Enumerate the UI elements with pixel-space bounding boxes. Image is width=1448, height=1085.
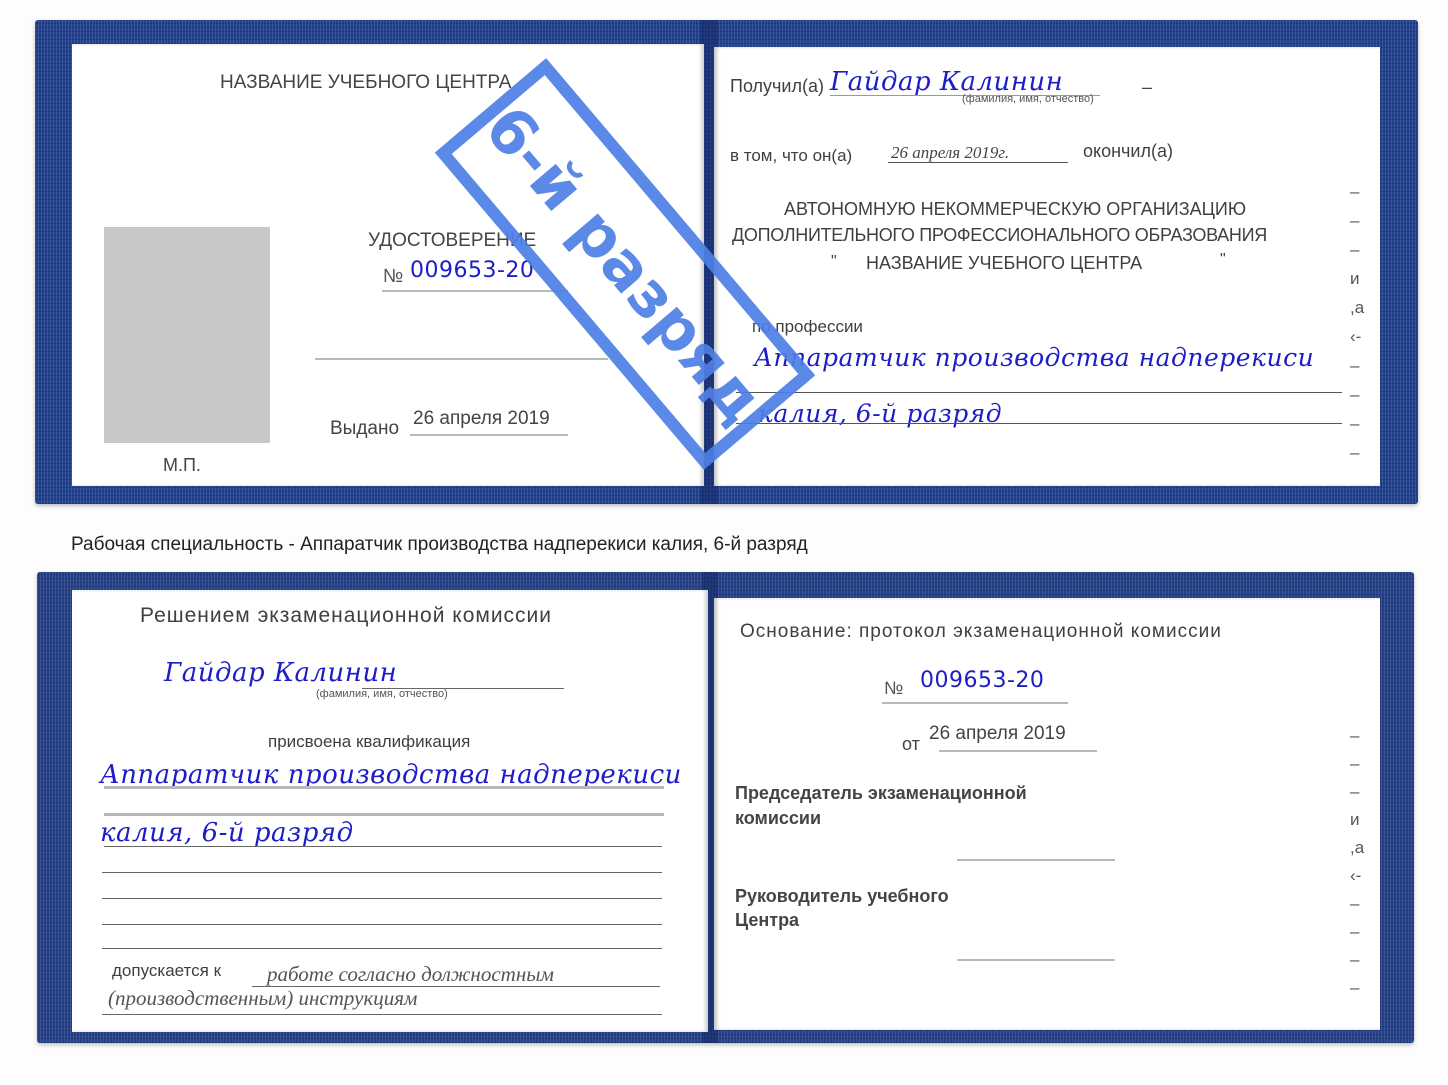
org-quote-close: " (1220, 251, 1226, 269)
issued-date: 26 апреля 2019 (413, 408, 550, 430)
edge-mark: – (1350, 443, 1359, 463)
admitted-line-1: работе согласно должностным (267, 962, 554, 987)
number-underline (382, 290, 568, 292)
signature-line (315, 358, 608, 360)
head-line-2: Центра (735, 910, 799, 931)
edge-mark: ,а (1350, 298, 1364, 318)
protocol-number: 009653-20 (920, 668, 1044, 693)
ruled-line-4 (102, 924, 662, 925)
qualification-underline-1 (104, 786, 664, 789)
org-quote-open: " (831, 253, 837, 271)
ruled-line-2 (102, 872, 662, 873)
holder-name: Гайдар Калинин (164, 658, 397, 688)
from-label: от (902, 734, 920, 755)
holder-name-hint: (фамилия, имя, отчество) (316, 688, 448, 700)
qualification-label: присвоена квалификация (268, 732, 470, 752)
dash-mark: – (1142, 77, 1152, 98)
basis-text: Основание: протокол экзаменационной коми… (740, 621, 1222, 643)
seal-label: М.П. (163, 455, 201, 476)
edge-mark: ,а (1350, 838, 1364, 858)
bottom-left-page: Решением экзаменационной комиссии Гайдар… (72, 590, 708, 1032)
certificate-number: 009653-20 (410, 258, 534, 283)
protocol-date-underline (939, 750, 1097, 752)
head-line-1: Руководитель учебного (735, 886, 949, 907)
protocol-number-sign: № (884, 678, 903, 699)
received-label: Получил(а) (730, 76, 824, 97)
qualification-underline-2 (104, 813, 664, 816)
edge-mark: – (1350, 922, 1359, 942)
ruled-line-1 (104, 846, 662, 847)
profession-line-1: Аппаратчик производства надперекиси (754, 343, 1314, 372)
issued-label: Выдано (330, 418, 399, 440)
top-right-page: Получил(а) Гайдар Калинин (фамилия, имя,… (714, 47, 1380, 486)
finish-date: 26 апреля 2019г. (891, 143, 1009, 163)
admitted-line-2: (производственным) инструкциям (108, 986, 417, 1011)
edge-mark: – (1350, 356, 1359, 376)
org-line-1: АВТОНОМНУЮ НЕКОММЕРЧЕСКУЮ ОРГАНИЗАЦИЮ (784, 199, 1246, 220)
bottom-right-page: Основание: протокол экзаменационной коми… (714, 598, 1380, 1030)
ruled-line-3 (102, 898, 662, 899)
training-center-name: НАЗВАНИЕ УЧЕБНОГО ЦЕНТРА (220, 72, 512, 94)
that-label: в том, что он(а) (730, 146, 852, 166)
admitted-label: допускается к (112, 961, 221, 981)
edge-mark: и (1350, 810, 1360, 830)
edge-mark: и (1350, 269, 1360, 289)
edge-mark: ‹- (1350, 327, 1361, 347)
head-signature-line (957, 959, 1115, 961)
edge-mark: – (1350, 978, 1359, 998)
edge-mark: – (1350, 726, 1359, 746)
commission-heading: Решением экзаменационной комиссии (140, 604, 552, 628)
edge-mark: ‹- (1350, 866, 1361, 886)
number-sign: № (383, 266, 403, 288)
chairman-line-1: Председатель экзаменационной (735, 783, 1027, 804)
org-line-2: ДОПОЛНИТЕЛЬНОГО ПРОФЕССИОНАЛЬНОГО ОБРАЗО… (732, 225, 1267, 246)
admitted-underline-2 (102, 1014, 662, 1015)
finished-label: окончил(а) (1083, 141, 1173, 162)
name-hint: (фамилия, имя, отчество) (962, 93, 1094, 105)
ruled-line-5 (102, 948, 662, 949)
edge-mark: – (1350, 414, 1359, 434)
org-line-3: НАЗВАНИЕ УЧЕБНОГО ЦЕНТРА (866, 253, 1142, 274)
chairman-line-2: комиссии (735, 808, 821, 829)
issued-date-underline (410, 434, 568, 436)
profession-underline-2 (736, 423, 1342, 424)
protocol-number-underline (882, 702, 1068, 704)
edge-mark: – (1350, 950, 1359, 970)
qualification-line-2: калия, 6-й разряд (100, 818, 354, 848)
edge-mark: – (1350, 385, 1359, 405)
edge-mark: – (1350, 894, 1359, 914)
specialty-caption: Рабочая специальность - Аппаратчик произ… (71, 534, 808, 556)
protocol-date: 26 апреля 2019 (929, 723, 1066, 745)
photo-placeholder (104, 227, 270, 443)
profession-underline-1 (736, 392, 1342, 393)
edge-mark: – (1350, 782, 1359, 802)
edge-mark: – (1350, 754, 1359, 774)
edge-mark: – (1350, 182, 1359, 202)
edge-mark: – (1350, 211, 1359, 231)
edge-mark: – (1350, 240, 1359, 260)
chairman-signature-line (957, 859, 1115, 861)
finish-date-underline (888, 162, 1068, 163)
